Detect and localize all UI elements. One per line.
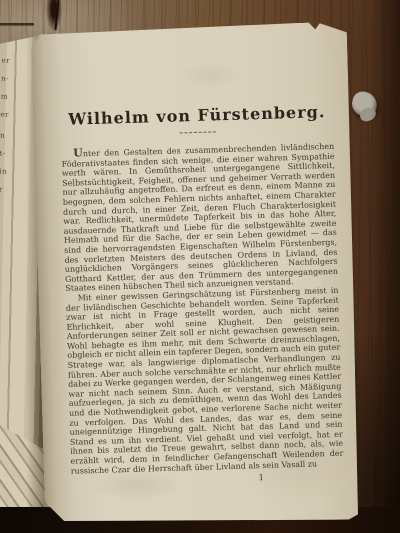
left-page-text-fragment: n bbox=[0, 132, 16, 139]
left-page-text-fragment: n- bbox=[1, 75, 17, 82]
left-page-text-fragment: er bbox=[1, 57, 17, 64]
title-rule-ornament bbox=[179, 130, 215, 133]
left-page-text-fragment: in bbox=[0, 168, 15, 175]
left-page-text-fragment: t- bbox=[0, 150, 16, 157]
chapter-title: Wilhelm von Fürstenberg. bbox=[60, 102, 333, 129]
paragraph-1: Unter den Gestalten des zusammenbrechend… bbox=[61, 141, 338, 294]
right-edge-shadow bbox=[370, 0, 400, 533]
left-page-text-fragment: m bbox=[1, 93, 17, 100]
left-page-text-fragment: er bbox=[0, 111, 16, 118]
left-page-text-fragment: r bbox=[0, 186, 15, 193]
book-page: Wilhelm von Fürstenberg. Unter den Gesta… bbox=[31, 21, 362, 528]
photo-scene: er n- m er n t- in r Wilhelm von Fürsten… bbox=[0, 0, 400, 533]
paragraph-2: Mit einer gewissen Geringschätzung ist F… bbox=[65, 286, 343, 476]
page-text-block: Wilhelm von Fürstenberg. Unter den Gesta… bbox=[31, 21, 360, 489]
signature-mark: 1 bbox=[251, 473, 271, 484]
plank-seam bbox=[0, 23, 34, 25]
